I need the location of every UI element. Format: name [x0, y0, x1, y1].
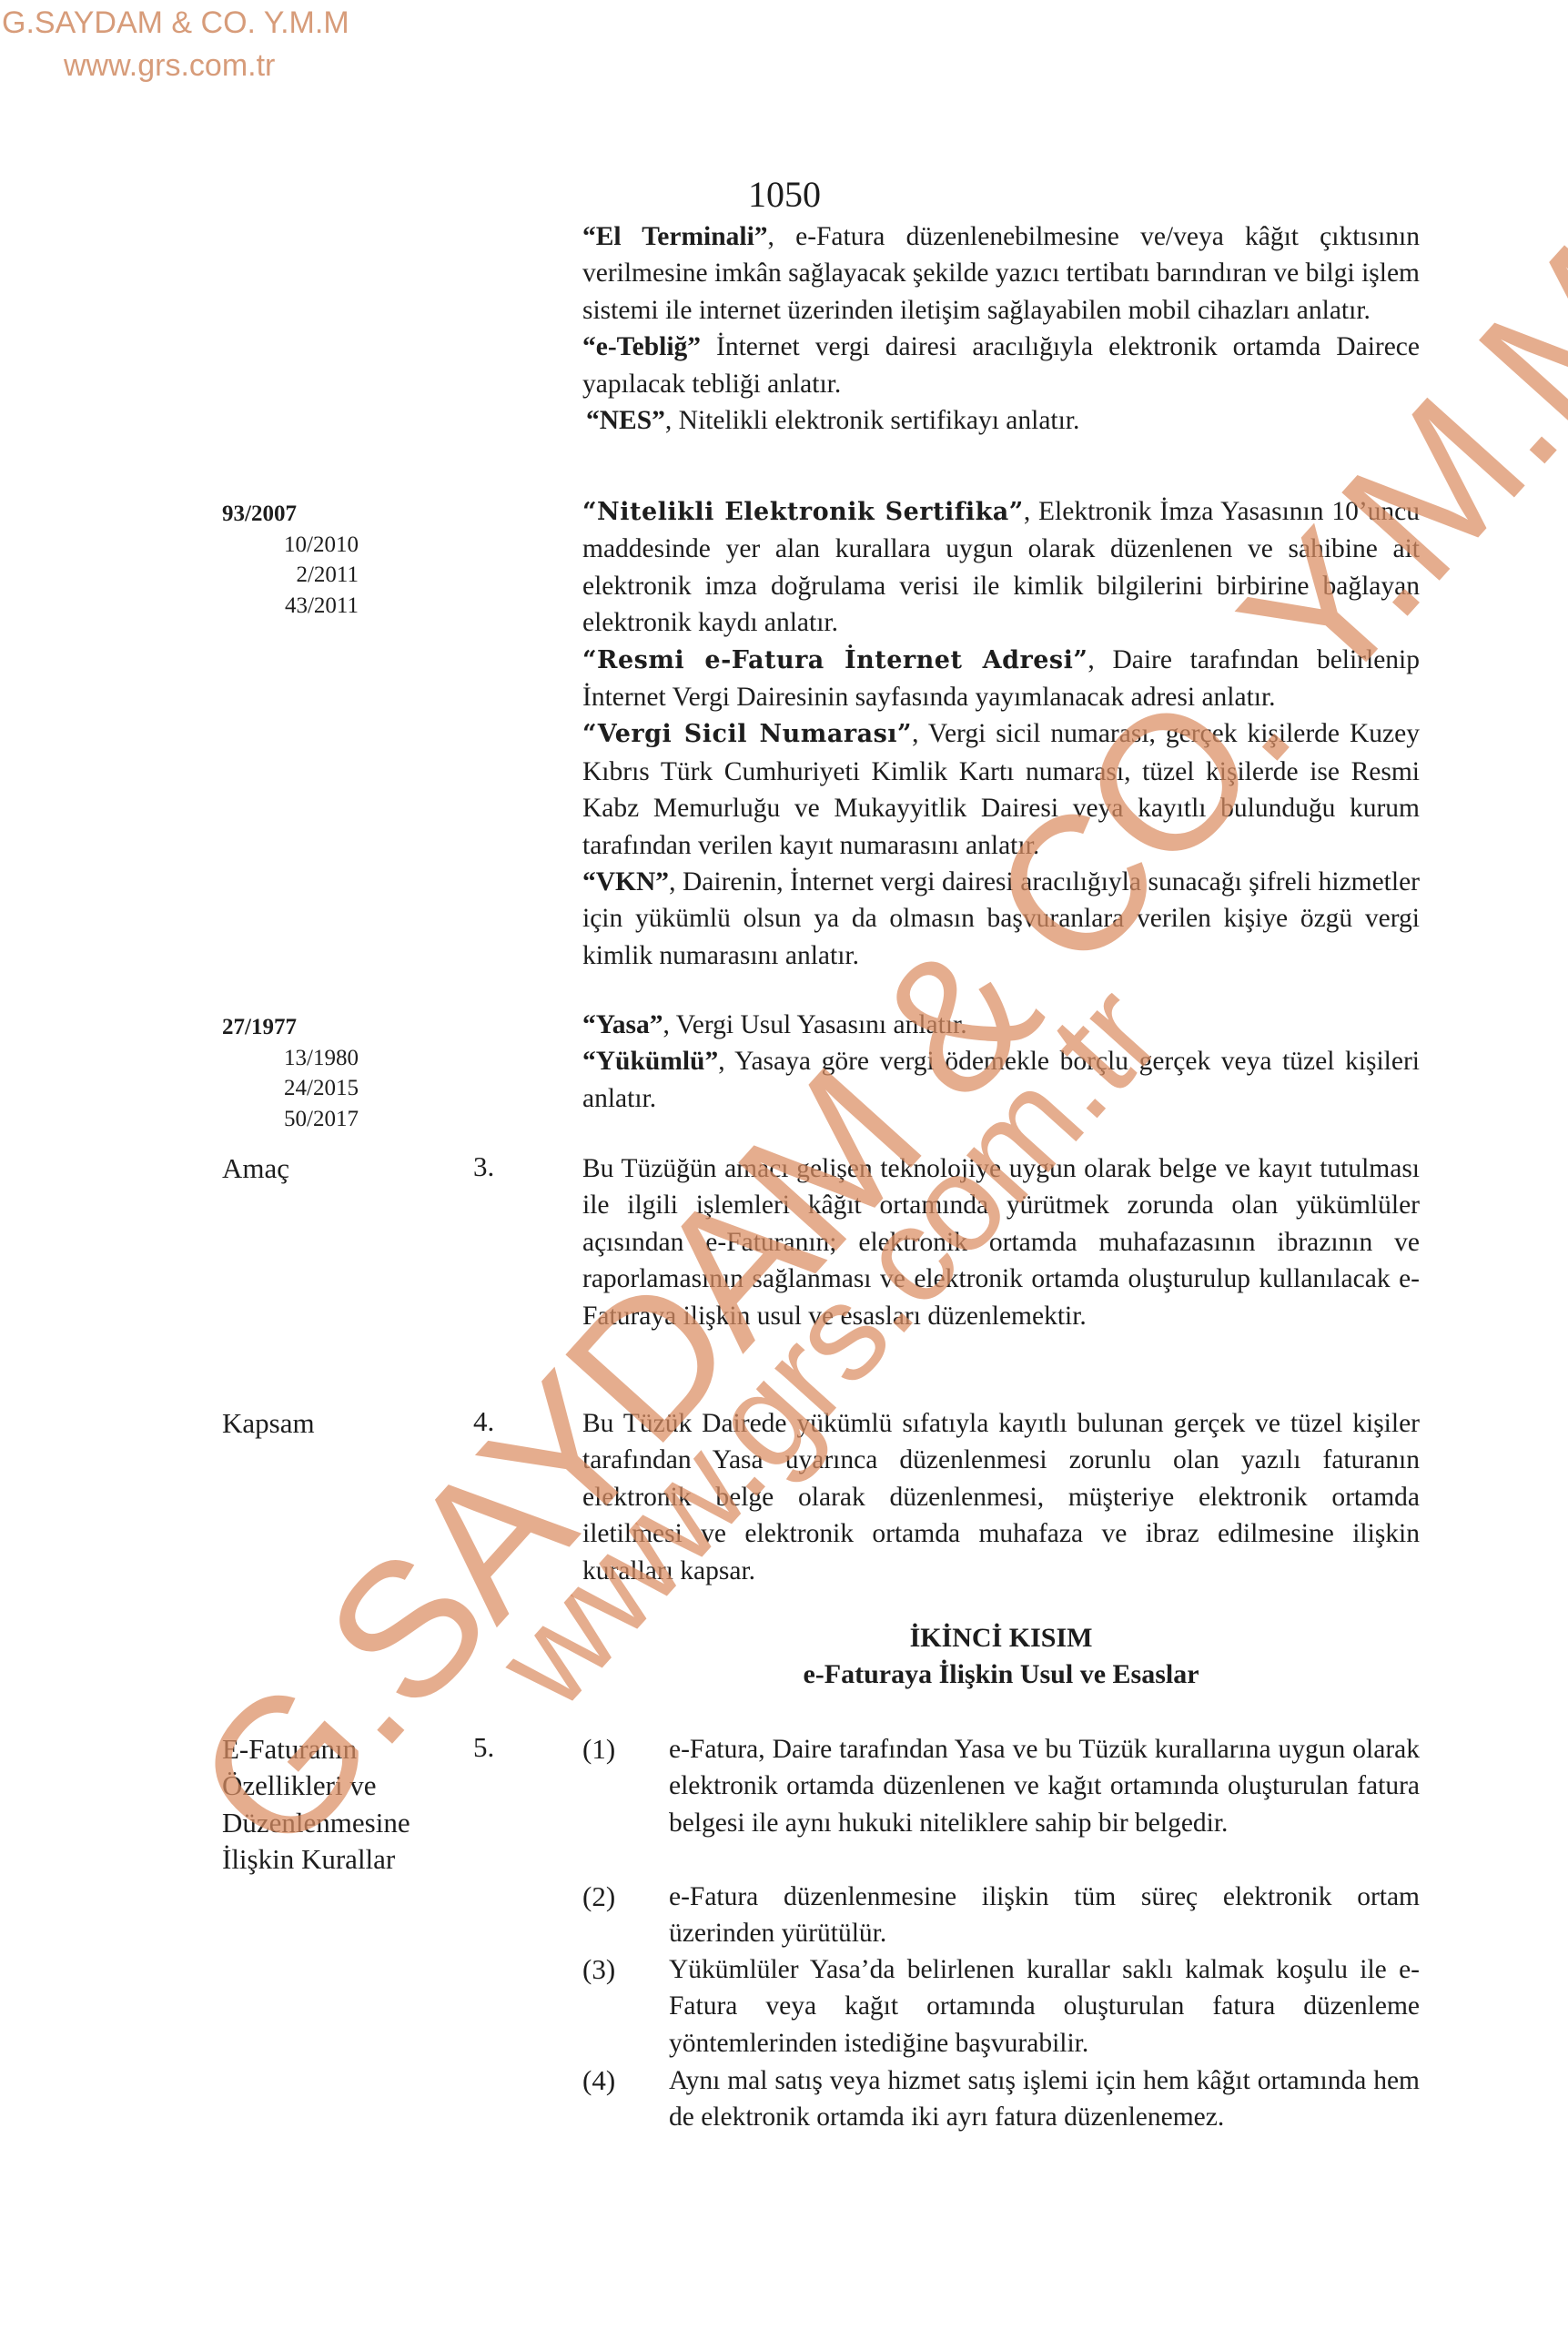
article-side-label-kapsam: Kapsam	[222, 1405, 315, 1442]
paragraph-1: (1) e-Fatura, Daire tarafından Yasa ve b…	[582, 1731, 1420, 1841]
definition-term: “NES”	[586, 406, 665, 435]
law-reference: 50/2017	[222, 1104, 359, 1135]
article-text: Bu Tüzük Dairede yükümlü sıfatıyla kayıt…	[582, 1405, 1420, 1589]
definition-text: İnternet vergi dairesi aracılığıyla elek…	[582, 332, 1420, 398]
section-title: İKİNCİ KISIM	[582, 1620, 1420, 1656]
paragraph-text: Yükümlüler Yasa’da belirlenen kurallar s…	[669, 1951, 1420, 2062]
side-label-line: İlişkin Kurallar	[222, 1841, 410, 1878]
law-reference-main: 27/1977	[222, 1012, 359, 1043]
section-subtitle: e-Faturaya İlişkin Usul ve Esaslar	[582, 1656, 1420, 1693]
law-reference: 43/2011	[222, 591, 359, 622]
law-references-1: 93/2007 10/2010 2/2011 43/2011	[222, 499, 359, 621]
article-side-label-amac: Amaç	[222, 1150, 289, 1187]
definition-nes: “NES”, Nitelikli elektronik sertifikayı …	[582, 402, 1420, 439]
paragraph-text: e-Fatura, Daire tarafından Yasa ve bu Tü…	[669, 1731, 1420, 1841]
law-references-2: 27/1977 13/1980 24/2015 50/2017	[222, 1012, 359, 1134]
law-reference: 2/2011	[222, 560, 359, 591]
definition-term: “Vergi Sicil Numarası”	[582, 720, 912, 748]
law-reference: 24/2015	[222, 1073, 359, 1104]
definition-e-teblig: “e-Tebliğ” İnternet vergi dairesi aracıl…	[582, 329, 1420, 402]
definition-text: , Dairenin, İnternet vergi dairesi aracı…	[582, 867, 1420, 970]
article-number: 5.	[473, 1731, 494, 1764]
article-text: Bu Tüzüğün amacı gelişen teknolojiye uyg…	[582, 1150, 1420, 1334]
paragraph-number: (1)	[582, 1731, 615, 1768]
company-website: www.grs.com.tr	[64, 50, 275, 81]
definition-term: “Resmi e-Fatura İnternet Adresi”	[582, 646, 1087, 674]
definition-vkn: “VKN”, Dairenin, İnternet vergi dairesi …	[582, 864, 1420, 974]
definition-nitelikli-elektronik-sertifika: “Nitelikli Elektronik Sertifika”, Elektr…	[582, 493, 1420, 642]
paragraph-number: (2)	[582, 1879, 615, 1915]
article-5-side-label: E-Faturanın Özellikleri ve Düzenlenmesin…	[222, 1731, 410, 1879]
paragraph-3: (3) Yükümlüler Yasa’da belirlenen kurall…	[582, 1951, 1420, 2062]
company-header: G.SAYDAM & CO. Y.M.M	[2, 7, 349, 38]
paragraph-text: e-Fatura düzenlenmesine ilişkin tüm süre…	[669, 1879, 1420, 1952]
definition-text: , Nitelikli elektronik sertifikayı anlat…	[665, 406, 1080, 435]
law-reference: 13/1980	[222, 1043, 359, 1074]
definitions-mid: “Nitelikli Elektronik Sertifika”, Elektr…	[582, 493, 1420, 974]
law-reference-main: 93/2007	[222, 499, 359, 530]
paragraph-text: Aynı mal satış veya hizmet satış işlemi …	[669, 2062, 1420, 2136]
side-label-line: E-Faturanın	[222, 1731, 410, 1768]
paragraph-4: (4) Aynı mal satış veya hizmet satış işl…	[582, 2062, 1420, 2136]
paragraph-number: (4)	[582, 2062, 615, 2099]
definition-term: “Nitelikli Elektronik Sertifika”	[582, 498, 1024, 526]
definition-text: , Vergi Usul Yasasını anlatır.	[663, 1010, 967, 1039]
definition-term: “Yasa”	[582, 1010, 663, 1039]
side-label-line: Özellikleri ve	[222, 1768, 410, 1804]
article-3-text: Bu Tüzüğün amacı gelişen teknolojiye uyg…	[582, 1150, 1420, 1334]
law-reference: 10/2010	[222, 530, 359, 561]
article-number: 3.	[473, 1150, 494, 1183]
paragraph-2: (2) e-Fatura düzenlenmesine ilişkin tüm …	[582, 1879, 1420, 1952]
definition-term: “Yükümlü”	[582, 1047, 718, 1076]
definition-resmi-e-fatura-internet-adresi: “Resmi e-Fatura İnternet Adresi”, Daire …	[582, 642, 1420, 716]
definition-yasa: “Yasa”, Vergi Usul Yasasını anlatır.	[582, 1007, 1420, 1043]
definitions-bottom: “Yasa”, Vergi Usul Yasasını anlatır. “Yü…	[582, 1007, 1420, 1117]
article-number: 4.	[473, 1405, 494, 1438]
paragraph-number: (3)	[582, 1951, 615, 1988]
definition-vergi-sicil-numarasi: “Vergi Sicil Numarası”, Vergi sicil numa…	[582, 715, 1420, 864]
definition-term: “El Terminali”	[582, 222, 768, 251]
definition-term: “VKN”	[582, 867, 669, 897]
definition-yukumlu: “Yükümlü”, Yasaya göre vergi ödemekle bo…	[582, 1043, 1420, 1117]
definition-el-terminali: “El Terminali”, e-Fatura düzenlenebilmes…	[582, 218, 1420, 329]
definition-term: “e-Tebliğ”	[582, 332, 701, 361]
definitions-top: “El Terminali”, e-Fatura düzenlenebilmes…	[582, 218, 1420, 439]
article-4-text: Bu Tüzük Dairede yükümlü sıfatıyla kayıt…	[582, 1405, 1420, 1589]
side-label-line: Düzenlenmesine	[222, 1805, 410, 1841]
page-number: 1050	[748, 173, 821, 216]
